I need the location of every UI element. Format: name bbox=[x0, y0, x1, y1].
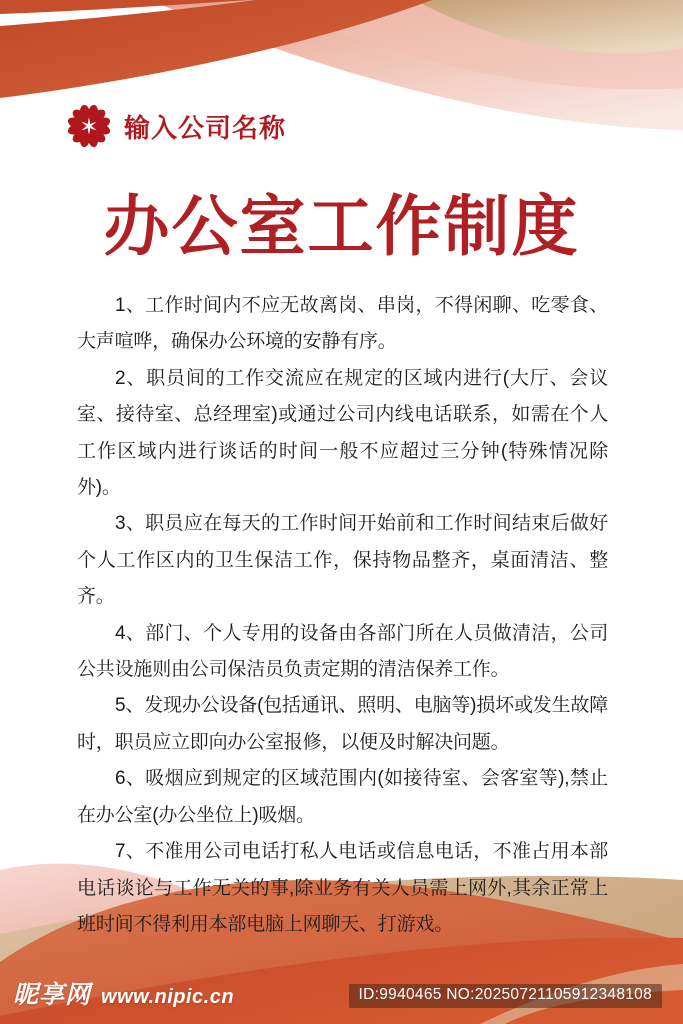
flower-icon bbox=[63, 99, 115, 153]
rules-list: 1、工作时间内不应无故离岗、串岗，不得闲聊、吃零食、大声喧哗，确保办公环境的安静… bbox=[77, 288, 608, 943]
rule-item-1: 1、工作时间内不应无故离岗、串岗，不得闲聊、吃零食、大声喧哗，确保办公环境的安静… bbox=[77, 288, 608, 361]
rule-item-5: 5、发现办公设备(包括通讯、照明、电脑等)损坏或发生故障时，职员应立即向办公室报… bbox=[77, 688, 608, 761]
site-url-text: www.nipic.cn bbox=[101, 986, 234, 1009]
company-name-text: 输入公司名称 bbox=[124, 108, 286, 145]
brand-header: 输入公司名称 bbox=[63, 99, 286, 153]
office-rules-poster: 输入公司名称 办公室工作制度 1、工作时间内不应无故离岗、串岗，不得闲聊、吃零食… bbox=[0, 0, 683, 1024]
rule-item-7: 7、不准用公司电话打私人电话或信息电话，不准占用本部电话谈论与工作无关的事,除业… bbox=[77, 834, 608, 943]
site-logo-text: 昵享网 bbox=[13, 975, 91, 1011]
watermark-id-badge: ID:9940465 NO:20250721105912348108 bbox=[349, 984, 662, 1008]
rule-item-3: 3、职员应在每天的工作时间开始前和工作时间结束后做好个人工作区内的卫生保洁工作，… bbox=[77, 506, 608, 615]
rule-item-6: 6、吸烟应到规定的区域范围内(如接待室、会客室等),禁止在办公室(办公坐位上)吸… bbox=[77, 761, 608, 834]
rule-item-4: 4、部门、个人专用的设备由各部门所在人员做清洁，公司公共设施则由公司保洁员负责定… bbox=[77, 616, 608, 689]
rule-item-2: 2、职员间的工作交流应在规定的区域内进行(大厅、会议室、接待室、总经理室)或通过… bbox=[77, 361, 608, 507]
page-title: 办公室工作制度 bbox=[0, 188, 683, 264]
watermark-site: 昵享网 www.nipic.cn bbox=[13, 975, 234, 1011]
